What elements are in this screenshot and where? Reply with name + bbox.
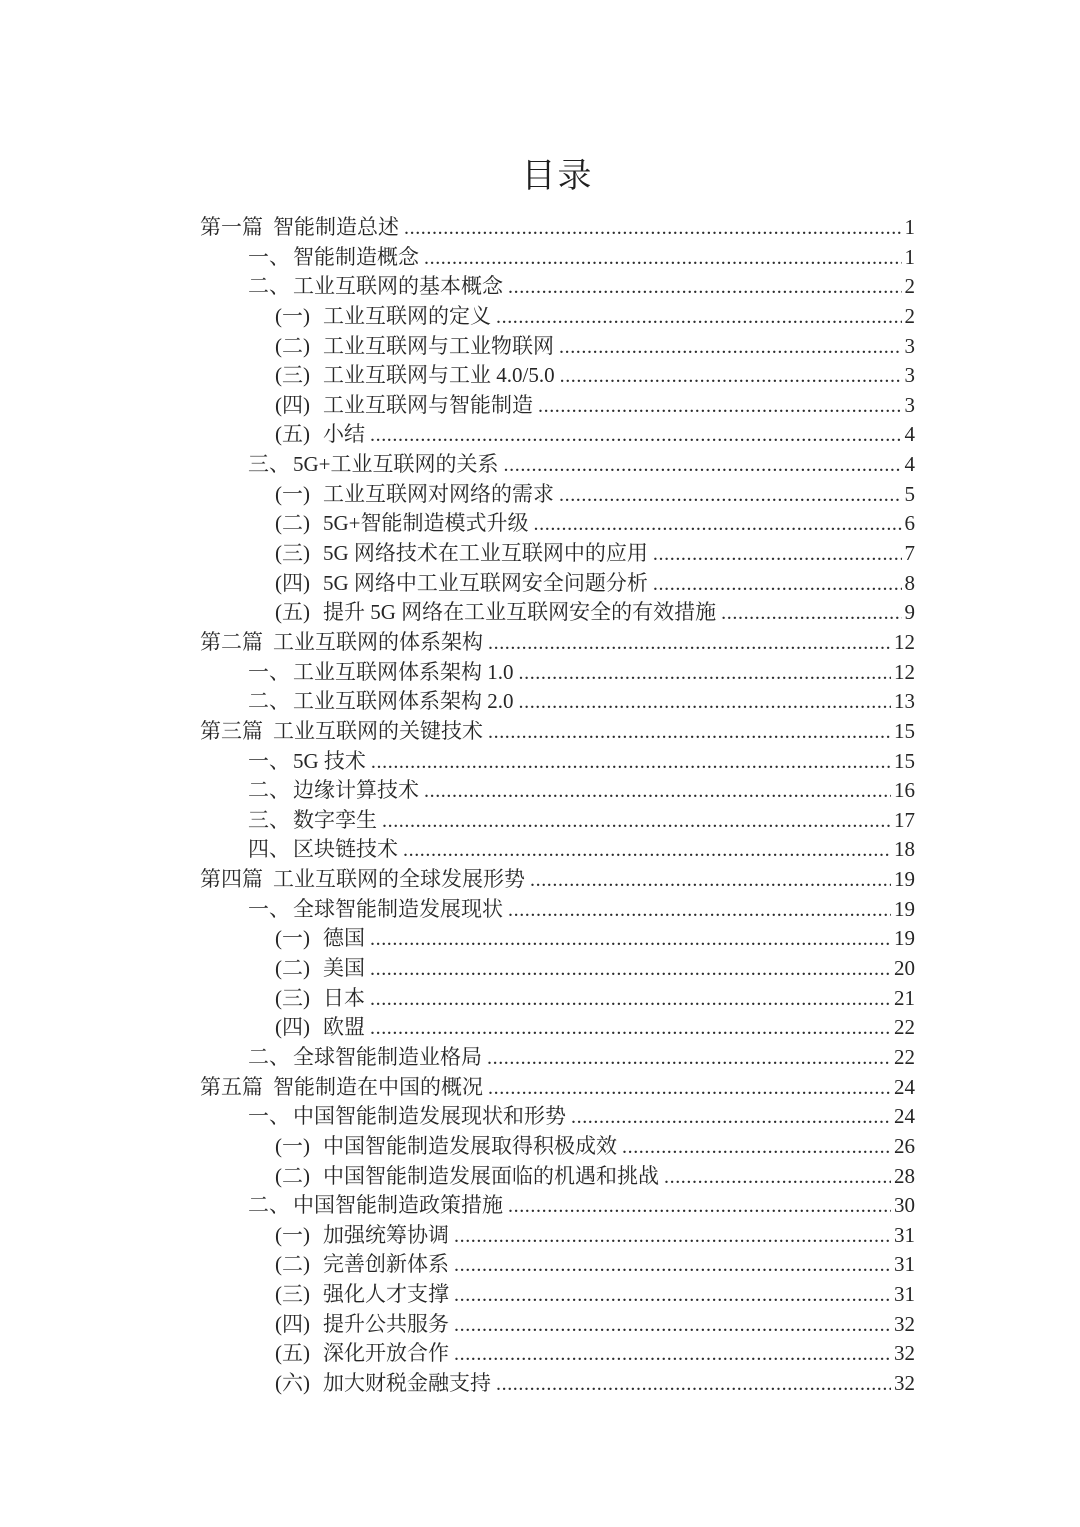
toc-page-number: 4 — [905, 420, 916, 450]
toc-entry-text: 中国智能制造发展取得积极成效 — [323, 1132, 617, 1162]
toc-entry-text: 工业互联网的定义 — [323, 302, 491, 332]
toc-leader-dots — [488, 629, 891, 659]
toc-leader-dots — [504, 451, 902, 481]
toc-entry-text: 美国 — [323, 954, 365, 984]
toc-entry-text: 中国智能制造发展现状和形势 — [293, 1102, 566, 1132]
toc-page-number: 24 — [894, 1102, 915, 1132]
toc-entry-text: 智能制造在中国的概况 — [273, 1073, 483, 1103]
toc-entry: 一、中国智能制造发展现状和形势24 — [200, 1102, 915, 1132]
toc-entry: 一、5G 技术15 — [200, 747, 915, 777]
toc-entry-label: (一) — [275, 1132, 310, 1162]
toc-leader-dots — [530, 866, 891, 896]
toc-entry-label: (一) — [275, 924, 310, 954]
toc-leader-dots — [370, 955, 891, 985]
toc-entry: (四)欧盟22 — [200, 1013, 915, 1043]
toc-page-number: 15 — [894, 717, 915, 747]
toc-entry-label: (五) — [275, 420, 310, 450]
toc-entry-label: (四) — [275, 1013, 310, 1043]
toc-entry-label: (一) — [275, 302, 310, 332]
toc-entry-text: 5G 网络技术在工业互联网中的应用 — [323, 539, 648, 569]
toc-entry-label: (六) — [275, 1369, 310, 1399]
toc-entry-label: (二) — [275, 954, 310, 984]
toc-entry: 三、数字孪生17 — [200, 806, 915, 836]
toc-entry-label: 三、 — [248, 450, 293, 480]
toc-leader-dots — [519, 659, 892, 689]
toc-page-number: 5 — [905, 480, 916, 510]
toc-leader-dots — [454, 1311, 891, 1341]
toc-page-number: 30 — [894, 1191, 915, 1221]
toc-entry: 第二篇工业互联网的体系架构12 — [200, 628, 915, 658]
toc-leader-dots — [454, 1251, 891, 1281]
toc-entry-label: (五) — [275, 1339, 310, 1369]
toc-entry-text: 全球智能制造业格局 — [293, 1043, 482, 1073]
toc-entry: 二、工业互联网的基本概念2 — [200, 272, 915, 302]
toc-entry: (三)日本21 — [200, 984, 915, 1014]
toc-entry-label: (二) — [275, 509, 310, 539]
toc-entry: (四)5G 网络中工业互联网安全问题分析8 — [200, 569, 915, 599]
toc-entry: 二、边缘计算技术16 — [200, 776, 915, 806]
toc-entry-label: (一) — [275, 480, 310, 510]
toc-leader-dots — [370, 925, 891, 955]
toc-page-number: 3 — [905, 391, 916, 421]
toc-entry-label: 四、 — [248, 835, 293, 865]
toc-entry: (一)德国19 — [200, 924, 915, 954]
toc-page-number: 19 — [894, 924, 915, 954]
toc-entry-text: 强化人才支撑 — [323, 1280, 449, 1310]
document-page: 目录 第一篇智能制造总述1一、智能制造概念1二、工业互联网的基本概念2(一)工业… — [200, 0, 915, 1399]
toc-entry: (二)美国20 — [200, 954, 915, 984]
toc-entry-label: (二) — [275, 332, 310, 362]
toc-leader-dots — [538, 392, 902, 422]
toc-page-number: 31 — [894, 1280, 915, 1310]
toc-entry: 第三篇工业互联网的关键技术15 — [200, 717, 915, 747]
toc-leader-dots — [622, 1133, 891, 1163]
toc-entry: 二、工业互联网体系架构 2.013 — [200, 687, 915, 717]
toc-entry: (一)工业互联网的定义2 — [200, 302, 915, 332]
toc-leader-dots — [370, 421, 902, 451]
toc-page-number: 3 — [905, 361, 916, 391]
toc-leader-dots — [559, 481, 902, 511]
toc-leader-dots — [382, 807, 891, 837]
toc-leader-dots — [454, 1281, 891, 1311]
toc-leader-dots — [519, 688, 892, 718]
toc-leader-dots — [560, 362, 902, 392]
toc-entry-text: 边缘计算技术 — [293, 776, 419, 806]
toc-entry-label: 一、 — [248, 895, 293, 925]
toc-entry-text: 区块链技术 — [293, 835, 398, 865]
toc-page-number: 6 — [905, 509, 916, 539]
toc-entry-text: 5G+工业互联网的关系 — [293, 450, 499, 480]
toc-entry-text: 数字孪生 — [293, 806, 377, 836]
toc-page-number: 3 — [905, 332, 916, 362]
toc-entry-text: 提升公共服务 — [323, 1310, 449, 1340]
toc-page-number: 26 — [894, 1132, 915, 1162]
toc-page-number: 32 — [894, 1310, 915, 1340]
toc-entry: (三)工业互联网与工业 4.0/5.03 — [200, 361, 915, 391]
toc-entry-text: 工业互联网对网络的需求 — [323, 480, 554, 510]
toc-entry: 第四篇工业互联网的全球发展形势19 — [200, 865, 915, 895]
toc-entry-label: 第三篇 — [200, 717, 263, 747]
toc-entry: (四)工业互联网与智能制造3 — [200, 391, 915, 421]
toc-entry: 四、区块链技术18 — [200, 835, 915, 865]
toc-entry-label: 二、 — [248, 272, 293, 302]
toc-entry-label: 一、 — [248, 243, 293, 273]
toc-leader-dots — [721, 599, 901, 629]
toc-entry-label: 一、 — [248, 1102, 293, 1132]
toc-entry-label: 二、 — [248, 1043, 293, 1073]
toc-entry: 第五篇智能制造在中国的概况24 — [200, 1073, 915, 1103]
toc-entry-label: 第二篇 — [200, 628, 263, 658]
toc-entry-label: (一) — [275, 1221, 310, 1251]
toc-entry: (三)5G 网络技术在工业互联网中的应用7 — [200, 539, 915, 569]
toc-entry-label: (四) — [275, 391, 310, 421]
toc-page-number: 16 — [894, 776, 915, 806]
toc-entry-text: 日本 — [323, 984, 365, 1014]
toc-page-number: 32 — [894, 1369, 915, 1399]
toc-leader-dots — [371, 748, 891, 778]
toc-entry: 二、全球智能制造业格局22 — [200, 1043, 915, 1073]
toc-entry: (四)提升公共服务32 — [200, 1310, 915, 1340]
toc-entry-text: 中国智能制造发展面临的机遇和挑战 — [323, 1162, 659, 1192]
toc-entry-text: 中国智能制造政策措施 — [293, 1191, 503, 1221]
page-title: 目录 — [200, 159, 915, 195]
toc-entry-text: 德国 — [323, 924, 365, 954]
toc-page-number: 20 — [894, 954, 915, 984]
toc-entry-label: (三) — [275, 539, 310, 569]
toc-entry: (二)5G+智能制造模式升级6 — [200, 509, 915, 539]
toc-leader-dots — [496, 303, 902, 333]
toc-entry: (二)完善创新体系31 — [200, 1250, 915, 1280]
toc-page-number: 22 — [894, 1013, 915, 1043]
toc-entry: (一)加强统筹协调31 — [200, 1221, 915, 1251]
toc-entry: 三、5G+工业互联网的关系4 — [200, 450, 915, 480]
toc-entry-text: 提升 5G 网络在工业互联网安全的有效措施 — [323, 598, 716, 628]
toc-page-number: 17 — [894, 806, 915, 836]
toc-entry-label: 三、 — [248, 806, 293, 836]
toc-entry-label: (三) — [275, 1280, 310, 1310]
toc-entry-label: 二、 — [248, 687, 293, 717]
toc-entry-text: 深化开放合作 — [323, 1339, 449, 1369]
toc-page-number: 32 — [894, 1339, 915, 1369]
toc-entry-text: 小结 — [323, 420, 365, 450]
toc-entry-label: (四) — [275, 569, 310, 599]
toc-entry-text: 工业互联网体系架构 2.0 — [293, 687, 514, 717]
toc-list: 第一篇智能制造总述1一、智能制造概念1二、工业互联网的基本概念2(一)工业互联网… — [200, 213, 915, 1399]
toc-entry-text: 加强统筹协调 — [323, 1221, 449, 1251]
toc-entry-text: 全球智能制造发展现状 — [293, 895, 503, 925]
toc-entry: (二)工业互联网与工业物联网3 — [200, 332, 915, 362]
toc-entry: (三)强化人才支撑31 — [200, 1280, 915, 1310]
toc-leader-dots — [664, 1163, 891, 1193]
toc-entry-text: 5G+智能制造模式升级 — [323, 509, 529, 539]
toc-leader-dots — [508, 273, 902, 303]
toc-entry-text: 完善创新体系 — [323, 1250, 449, 1280]
toc-page-number: 19 — [894, 895, 915, 925]
toc-leader-dots — [424, 244, 902, 274]
toc-page-number: 1 — [905, 243, 916, 273]
toc-entry-text: 智能制造总述 — [273, 213, 399, 243]
toc-leader-dots — [653, 540, 902, 570]
toc-entry: 一、智能制造概念1 — [200, 243, 915, 273]
toc-entry-text: 5G 技术 — [293, 747, 366, 777]
toc-entry-label: (二) — [275, 1250, 310, 1280]
toc-page-number: 28 — [894, 1162, 915, 1192]
toc-leader-dots — [454, 1222, 891, 1252]
toc-leader-dots — [487, 1044, 891, 1074]
toc-leader-dots — [424, 777, 891, 807]
toc-entry-text: 工业互联网与工业 4.0/5.0 — [323, 361, 555, 391]
toc-entry-label: 二、 — [248, 776, 293, 806]
toc-entry-label: 第四篇 — [200, 865, 263, 895]
toc-page-number: 22 — [894, 1043, 915, 1073]
toc-page-number: 15 — [894, 747, 915, 777]
toc-leader-dots — [454, 1340, 891, 1370]
toc-entry-text: 欧盟 — [323, 1013, 365, 1043]
toc-page-number: 7 — [905, 539, 916, 569]
toc-page-number: 13 — [894, 687, 915, 717]
toc-entry-label: (三) — [275, 361, 310, 391]
toc-page-number: 12 — [894, 658, 915, 688]
toc-entry-label: 二、 — [248, 1191, 293, 1221]
toc-entry-text: 工业互联网的关键技术 — [273, 717, 483, 747]
toc-page-number: 31 — [894, 1221, 915, 1251]
toc-entry: (六)加大财税金融支持32 — [200, 1369, 915, 1399]
toc-entry: (五)提升 5G 网络在工业互联网安全的有效措施9 — [200, 598, 915, 628]
toc-page-number: 24 — [894, 1073, 915, 1103]
toc-leader-dots — [404, 214, 902, 244]
toc-leader-dots — [508, 1192, 891, 1222]
toc-leader-dots — [534, 510, 902, 540]
toc-entry-text: 工业互联网的全球发展形势 — [273, 865, 525, 895]
toc-leader-dots — [496, 1370, 891, 1400]
toc-entry: (一)中国智能制造发展取得积极成效26 — [200, 1132, 915, 1162]
toc-leader-dots — [403, 836, 891, 866]
toc-page-number: 31 — [894, 1250, 915, 1280]
toc-page-number: 2 — [905, 302, 916, 332]
toc-leader-dots — [508, 896, 891, 926]
toc-leader-dots — [653, 570, 902, 600]
toc-page-number: 12 — [894, 628, 915, 658]
toc-page-number: 9 — [905, 598, 916, 628]
toc-entry-text: 工业互联网的体系架构 — [273, 628, 483, 658]
toc-leader-dots — [488, 718, 891, 748]
toc-entry-label: 一、 — [248, 747, 293, 777]
toc-entry: (一)工业互联网对网络的需求5 — [200, 480, 915, 510]
toc-entry-label: (四) — [275, 1310, 310, 1340]
toc-leader-dots — [488, 1074, 891, 1104]
toc-page-number: 19 — [894, 865, 915, 895]
toc-page-number: 1 — [905, 213, 916, 243]
toc-entry-text: 工业互联网的基本概念 — [293, 272, 503, 302]
toc-entry-text: 智能制造概念 — [293, 243, 419, 273]
toc-leader-dots — [571, 1103, 891, 1133]
toc-entry-label: (三) — [275, 984, 310, 1014]
toc-entry: 一、工业互联网体系架构 1.012 — [200, 658, 915, 688]
toc-page-number: 21 — [894, 984, 915, 1014]
toc-entry-label: 一、 — [248, 658, 293, 688]
toc-page-number: 4 — [905, 450, 916, 480]
toc-leader-dots — [370, 985, 891, 1015]
toc-entry-text: 工业互联网与智能制造 — [323, 391, 533, 421]
toc-entry-label: 第五篇 — [200, 1073, 263, 1103]
toc-entry-text: 工业互联网体系架构 1.0 — [293, 658, 514, 688]
toc-entry-label: (五) — [275, 598, 310, 628]
toc-entry: 第一篇智能制造总述1 — [200, 213, 915, 243]
toc-entry-text: 工业互联网与工业物联网 — [323, 332, 554, 362]
toc-page-number: 2 — [905, 272, 916, 302]
toc-entry-text: 5G 网络中工业互联网安全问题分析 — [323, 569, 648, 599]
toc-entry-text: 加大财税金融支持 — [323, 1369, 491, 1399]
toc-entry-label: 第一篇 — [200, 213, 263, 243]
toc-entry: 二、中国智能制造政策措施30 — [200, 1191, 915, 1221]
toc-page-number: 18 — [894, 835, 915, 865]
toc-leader-dots — [559, 333, 902, 363]
toc-entry: (二)中国智能制造发展面临的机遇和挑战28 — [200, 1162, 915, 1192]
toc-page-number: 8 — [905, 569, 916, 599]
toc-entry: 一、全球智能制造发展现状19 — [200, 895, 915, 925]
toc-leader-dots — [370, 1014, 891, 1044]
toc-entry: (五)小结4 — [200, 420, 915, 450]
toc-entry: (五)深化开放合作32 — [200, 1339, 915, 1369]
toc-entry-label: (二) — [275, 1162, 310, 1192]
